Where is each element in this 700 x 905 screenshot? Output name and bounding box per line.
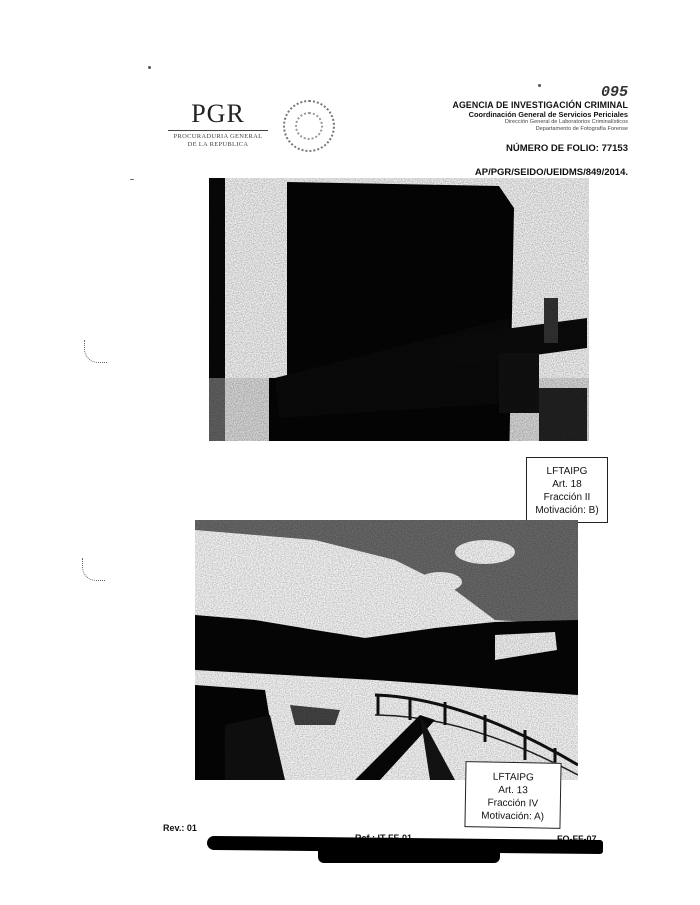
classification-stamp: LFTAIPG Art. 13 Fracción IV Motivación: … xyxy=(464,761,561,829)
stamp-motivation: Motivación: A) xyxy=(469,809,557,824)
folio-number: NÚMERO DE FOLIO: 77153 xyxy=(368,143,628,155)
scan-speck xyxy=(538,84,541,87)
seal-emblem xyxy=(295,112,323,140)
stamp-fraction: Fracción II xyxy=(530,491,604,504)
redaction-bar xyxy=(318,848,500,863)
logo-subtitle-line2: DE LA REPUBLICA xyxy=(168,141,268,149)
revision-label: Rev.: 01 xyxy=(163,823,197,833)
forensic-photo-interior xyxy=(209,178,589,441)
stamp-law: LFTAIPG xyxy=(530,465,604,478)
agency-header: 095 AGENCIA DE INVESTIGACIÓN CRIMINAL Co… xyxy=(368,85,628,179)
agency-name: AGENCIA DE INVESTIGACIÓN CRIMINAL xyxy=(368,100,628,110)
coordination-name: Coordinación General de Servicios Perici… xyxy=(368,110,628,119)
national-seal-icon xyxy=(283,100,335,152)
landscape-photo-graphic xyxy=(195,520,578,780)
scan-speck xyxy=(130,179,134,180)
page-number-stamp: 095 xyxy=(368,85,628,100)
logo-subtitle-line1: PROCURADURIA GENERAL xyxy=(168,133,268,141)
logo-divider xyxy=(168,130,268,131)
stamp-article: Art. 18 xyxy=(530,478,604,491)
direction-name: Dirección General de Laboratorios Crimin… xyxy=(368,119,628,126)
logo-text: PGR xyxy=(168,100,268,128)
classification-stamp: LFTAIPG Art. 18 Fracción II Motivación: … xyxy=(526,457,608,523)
punch-hole-mark xyxy=(82,558,105,581)
punch-hole-mark xyxy=(84,340,107,363)
stamp-motivation: Motivación: B) xyxy=(530,504,604,517)
forensic-photo-landscape xyxy=(195,520,578,780)
scan-speck xyxy=(148,66,151,69)
interior-photo-graphic xyxy=(209,178,589,441)
pgr-logo: PGR PROCURADURIA GENERAL DE LA REPUBLICA xyxy=(168,100,268,149)
department-name: Departamento de Fotografía Forense xyxy=(368,126,628,133)
